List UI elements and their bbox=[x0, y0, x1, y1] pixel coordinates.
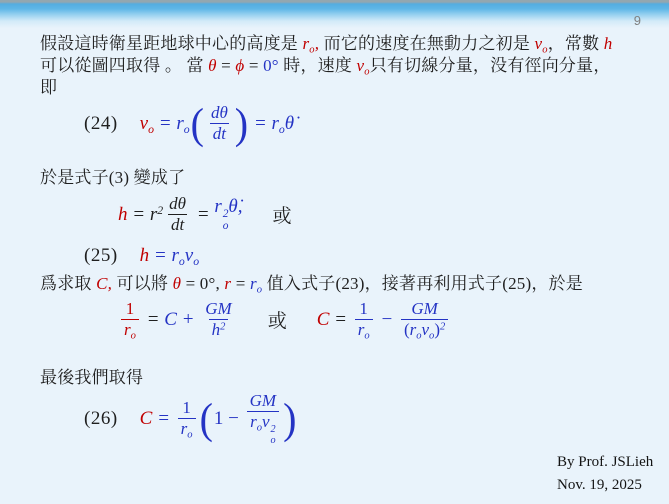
text-run: 可以從圖四取得 。 當 bbox=[40, 56, 208, 75]
math-equals: = bbox=[142, 309, 164, 331]
equation-h: h = r2 dθdt = r2oθ̇, 或 bbox=[118, 194, 322, 235]
equation-25: (25) h = rovo bbox=[84, 245, 199, 267]
fraction-gm-over-rovo2: GMrov2o bbox=[247, 391, 279, 447]
paragraph-intro-line1: 假設這時衛星距地球中心的高度是 ro, 而它的速度在無動力之初是 vo，常數 h bbox=[40, 33, 613, 55]
math-equals: = bbox=[152, 408, 174, 430]
paragraph-solve-c: 爲求取 C, 可以將 θ = 0°, r = ro 值入式子(23)，接著再利用… bbox=[40, 273, 583, 295]
left-paren: ( bbox=[200, 400, 213, 437]
left-paren: ( bbox=[191, 105, 204, 142]
equation-26: (26) C = 1ro ( 1 − GMrov2o ) bbox=[84, 391, 297, 447]
text-run: 最後我們取得 bbox=[40, 368, 143, 387]
math-r-o-squared-theta-dot: r2oθ̇, bbox=[214, 196, 242, 234]
paragraph-intro-line3: 即 bbox=[40, 77, 613, 99]
text-run: 時，速度 bbox=[279, 56, 357, 75]
math-rhs: = ro bbox=[154, 113, 190, 135]
equation-label: (25) bbox=[84, 245, 118, 267]
text-run: 可以將 bbox=[112, 274, 173, 293]
text-run: 即 bbox=[40, 78, 57, 97]
or-text: 或 bbox=[268, 306, 287, 333]
text-run: 爲求取 bbox=[40, 274, 96, 293]
math-r-o: ro bbox=[250, 274, 262, 293]
equation-24: (24) vo = ro ( dθdt ) = roθ̇ bbox=[84, 103, 294, 144]
math-rhs: = rovo bbox=[149, 245, 199, 267]
math-v-o: vo bbox=[140, 113, 154, 135]
fraction-gm-over-rovo2: GM(rovo)2 bbox=[401, 299, 448, 340]
text-run: = 0°, bbox=[181, 274, 224, 293]
text-run: 於是式子(3) 變成了 bbox=[40, 168, 185, 187]
page-number: 9 bbox=[634, 13, 641, 28]
math-C-plus: C + bbox=[164, 309, 199, 331]
math-v-o: vo bbox=[535, 34, 548, 53]
paragraph-intro: 假設這時衛星距地球中心的高度是 ro, 而它的速度在無動力之初是 vo，常數 h… bbox=[40, 33, 613, 99]
equation-fractions: 1ro = C + GMh2 或 C = 1ro − GM(rovo)2 bbox=[118, 299, 451, 340]
text-run: = bbox=[231, 274, 250, 293]
paragraph-final: 最後我們取得 bbox=[40, 367, 143, 389]
or-text: 或 bbox=[273, 201, 292, 228]
math-C: C bbox=[317, 309, 330, 331]
fraction-dtheta-dt: dθdt bbox=[166, 194, 189, 235]
math-C: C, bbox=[96, 274, 112, 293]
math-v-o: vo bbox=[357, 56, 370, 75]
paragraph-intro-line2: 可以從圖四取得 。 當 θ = ϕ = 0° 時，速度 vo只有切線分量，没有徑… bbox=[40, 55, 613, 77]
paragraph-transition: 於是式子(3) 變成了 bbox=[40, 167, 185, 189]
text-run: 只有切線分量，没有徑向分量， bbox=[370, 56, 611, 75]
math-h: h bbox=[604, 34, 613, 53]
fraction-gm-over-h2: GMh2 bbox=[202, 299, 234, 340]
fraction-dtheta-dt: dθdt bbox=[208, 103, 231, 144]
math-r-o: ro, bbox=[302, 34, 323, 53]
math-equals: = bbox=[329, 309, 351, 331]
math-theta: θ bbox=[173, 274, 182, 293]
right-paren: ) bbox=[283, 400, 296, 437]
equation-label: (24) bbox=[84, 113, 118, 135]
math-mid: = r2 bbox=[128, 204, 164, 226]
text-run: 假設這時衛星距地球中心的高度是 bbox=[40, 34, 302, 53]
math-minus: − bbox=[376, 309, 398, 331]
math-rhs2: = roθ̇ bbox=[249, 113, 294, 135]
math-equals: = bbox=[192, 204, 214, 226]
math-h: h bbox=[140, 245, 150, 267]
fraction-one-over-ro: 1ro bbox=[355, 299, 373, 340]
math-one-minus: 1 − bbox=[214, 408, 244, 430]
right-paren: ) bbox=[235, 105, 248, 142]
slide: 9 假設這時衛星距地球中心的高度是 ro, 而它的速度在無動力之初是 vo，常數… bbox=[0, 0, 669, 504]
date: Nov. 19, 2025 bbox=[557, 474, 653, 497]
author-credit: By Prof. JSLieh bbox=[557, 451, 653, 474]
text-run: = bbox=[244, 56, 263, 75]
text-run: ，常數 bbox=[548, 34, 604, 53]
math-h: h bbox=[118, 204, 128, 226]
text-run: = bbox=[217, 56, 236, 75]
fraction-one-over-ro: 1ro bbox=[121, 299, 139, 340]
math-C: C bbox=[140, 408, 153, 430]
fraction-one-over-ro: 1ro bbox=[178, 398, 196, 439]
math-theta: θ bbox=[208, 56, 217, 75]
math-zero-deg: 0° bbox=[263, 56, 279, 75]
equation-label: (26) bbox=[84, 408, 118, 430]
footer: By Prof. JSLieh Nov. 19, 2025 bbox=[557, 451, 653, 497]
text-run: 而它的速度在無動力之初是 bbox=[324, 34, 535, 53]
top-gradient-bar bbox=[0, 0, 669, 28]
text-run: 值入式子(23)，接著再利用式子(25)，於是 bbox=[262, 274, 583, 293]
